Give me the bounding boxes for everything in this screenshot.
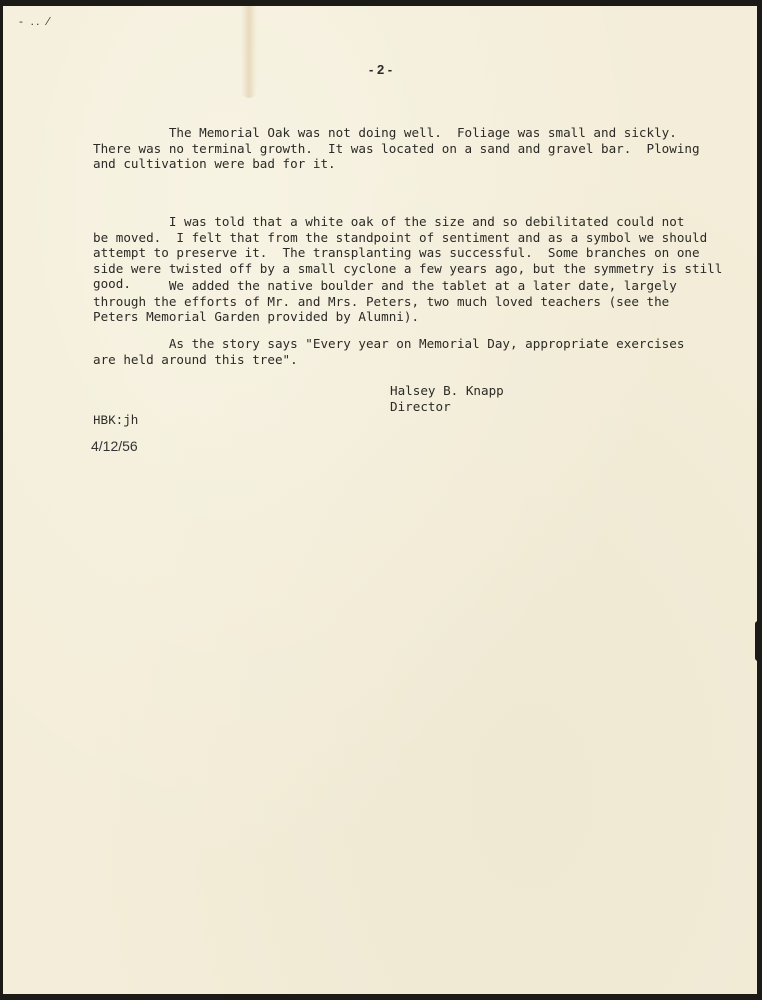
- text-line: through the efforts of Mr. and Mrs. Pete…: [93, 294, 669, 309]
- handwritten-date: 4/12/56: [91, 439, 138, 455]
- paragraph-boulder-tablet: We added the native boulder and the tabl…: [93, 278, 733, 325]
- signature-block: Halsey B. Knapp Director: [390, 383, 504, 414]
- text-line: We added the native boulder and the tabl…: [93, 278, 677, 293]
- edge-mark: [755, 621, 760, 661]
- typist-initials: HBK:jh: [93, 414, 138, 430]
- text-line: attempt to preserve it. The transplantin…: [93, 245, 700, 260]
- paragraph-memorial-day: As the story says "Every year on Memoria…: [93, 336, 733, 367]
- corner-marks: - .. ⁄: [19, 14, 51, 30]
- text-line: be moved. I felt that from the standpoin…: [93, 230, 707, 245]
- text-line: The Memorial Oak was not doing well. Fol…: [93, 125, 677, 140]
- text-line: are held around this tree".: [93, 352, 298, 367]
- text-line: Peters Memorial Garden provided by Alumn…: [93, 309, 419, 324]
- paper-stain: [241, 6, 257, 98]
- paragraph-memorial-oak: The Memorial Oak was not doing well. Fol…: [93, 125, 733, 172]
- signature-name: Halsey B. Knapp: [390, 383, 504, 398]
- signature-title: Director: [390, 399, 451, 414]
- text-line: side were twisted off by a small cyclone…: [93, 261, 722, 276]
- page-number: - 2 -: [369, 62, 392, 78]
- text-line: As the story says "Every year on Memoria…: [93, 336, 684, 351]
- text-line: I was told that a white oak of the size …: [93, 214, 684, 229]
- document-page: - .. ⁄ - 2 - The Memorial Oak was not do…: [3, 6, 757, 994]
- text-line: There was no terminal growth. It was loc…: [93, 141, 700, 156]
- text-line: and cultivation were bad for it.: [93, 156, 336, 171]
